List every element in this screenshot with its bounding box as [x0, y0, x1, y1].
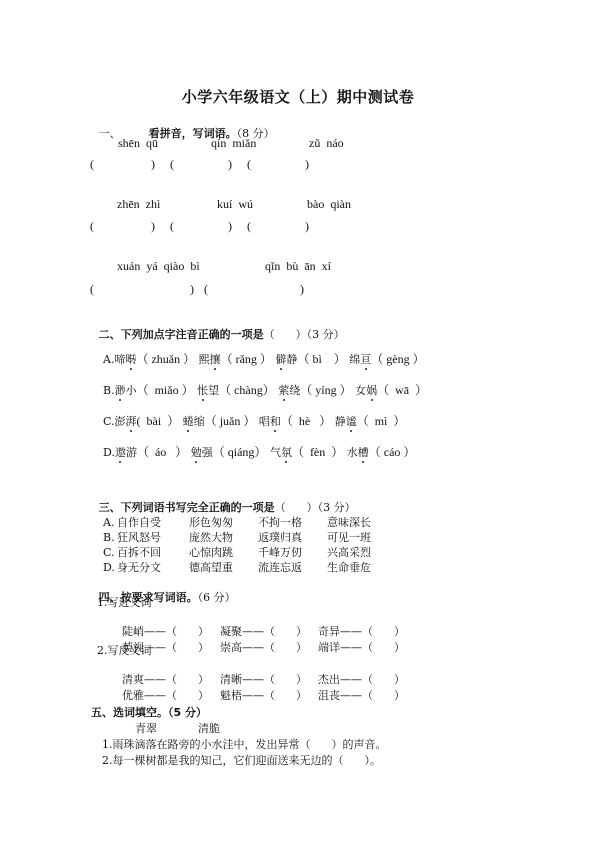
section2-option-a: A.啼啭（ zhuǎn ） 熙攘（ rǎng ） 僻静（ bì ） 绵亘（ gè…: [96, 337, 425, 367]
paren-close: ): [300, 282, 304, 297]
answer-blank[interactable]: (: [90, 157, 94, 172]
pinyin-2-3: bào qiàn: [307, 197, 351, 212]
answer-blank[interactable]: (: [90, 282, 94, 297]
section4-part2-label: 2.写反义词: [97, 642, 152, 658]
pinyin-2-1: zhēn zhì: [117, 197, 160, 212]
pinyin-1-1: shēn qū: [118, 136, 158, 151]
page-title: 小学六年级语文（上）期中测试卷: [0, 86, 596, 107]
dotted-char: 僻: [275, 351, 286, 367]
pinyin-1-2: qín miǎn: [211, 136, 256, 151]
dotted-char: 蜷: [183, 413, 194, 429]
paren-close: ): [228, 157, 232, 172]
word: 身无分文: [117, 559, 189, 575]
paren-close: ): [151, 219, 155, 234]
option-label: C.: [103, 415, 115, 428]
dotted-char: 啭: [125, 351, 136, 367]
section2-option-d: D.遨游（ áo ） 勉强（ qiáng） 气氛（ fèn ） 水槽（ cáo …: [96, 430, 415, 460]
answer-blank[interactable]: (: [247, 219, 251, 234]
section3-option-d: D.身无分文德高望重流连忘返生命垂危: [96, 546, 371, 575]
paren-close: ): [151, 157, 155, 172]
fill-sentence[interactable]: 2.每一棵树都是我的知己，它们迎面送来无边的（ ）。: [102, 752, 381, 768]
word: 德高望重: [189, 559, 258, 575]
paren-close: ): [190, 282, 194, 297]
synonym-item[interactable]: 崇高——（ ）: [220, 639, 318, 655]
paren-close: ): [228, 219, 232, 234]
dotted-char: 湃: [126, 413, 137, 429]
option-label: D.: [103, 561, 117, 574]
dotted-char: 亘: [360, 351, 371, 367]
answer-blank[interactable]: (: [170, 219, 174, 234]
antonym-item[interactable]: 魁梧——（ ）: [220, 687, 318, 703]
dotted-char: 谧: [346, 413, 357, 429]
word-choice: 青翠: [135, 720, 157, 736]
dotted-char: 和: [270, 413, 281, 429]
antonym-item[interactable]: 优雅——（ ）: [122, 687, 220, 703]
answer-blank[interactable]: (: [90, 219, 94, 234]
section5-heading: 五、选词填空。（5 分）: [91, 704, 207, 720]
synonym-item[interactable]: 端详——（ ）: [318, 639, 405, 655]
word: 流连忘返: [258, 559, 327, 575]
section2-option-c: C.澎湃( bài ） 蜷缩（ juǎn ） 唱和（ hè ） 静谧（ mì ）: [96, 399, 405, 429]
pinyin-2-2: kuí wú: [217, 197, 253, 212]
dotted-char: 怅: [197, 382, 208, 398]
dotted-char: 遨: [115, 444, 126, 460]
paren-close: ): [305, 157, 309, 172]
dotted-char: 萦: [278, 382, 289, 398]
antonym-item[interactable]: 沮丧——（ ）: [318, 687, 405, 703]
option-label: B.: [103, 384, 115, 397]
answer-blank[interactable]: (: [204, 282, 208, 297]
option-label: D.: [103, 446, 115, 459]
dotted-char: 氛: [281, 444, 292, 460]
word-choice: 清脆: [198, 720, 220, 736]
answer-blank[interactable]: (: [170, 157, 174, 172]
section4-part1-label: 1.写近义词: [97, 594, 152, 610]
dotted-char: 勉: [191, 444, 202, 460]
dotted-char: 娲: [366, 382, 377, 398]
fill-sentence[interactable]: 1.雨珠滴落在路旁的小水洼中，发出异常（ ）的声音。: [102, 736, 386, 752]
dotted-char: 攘: [210, 351, 221, 367]
synonym-row: 藐视——（ ）崇高——（ ）端详——（ ）: [115, 626, 405, 655]
antonym-row: 优雅——（ ）魁梧——（ ）沮丧——（ ）: [115, 674, 405, 703]
dotted-char: 渺: [115, 382, 126, 398]
pinyin-1-3: zǔ náo: [309, 136, 344, 151]
section2-option-b: B.渺小（ miǎo ） 怅望（ chàng） 萦绕（ yíng ） 女娲（ w…: [96, 368, 427, 398]
answer-blank[interactable]: (: [247, 157, 251, 172]
paren-close: ): [305, 219, 309, 234]
pinyin-3-2: qǐn bù ān xí: [265, 259, 331, 274]
word: 生命垂危: [327, 559, 371, 575]
section4-score: （6 分）: [198, 591, 236, 604]
option-label: A.: [103, 353, 114, 366]
dotted-char: 槽: [358, 444, 369, 460]
pinyin-3-1: xuán yá qiào bì: [117, 259, 200, 274]
